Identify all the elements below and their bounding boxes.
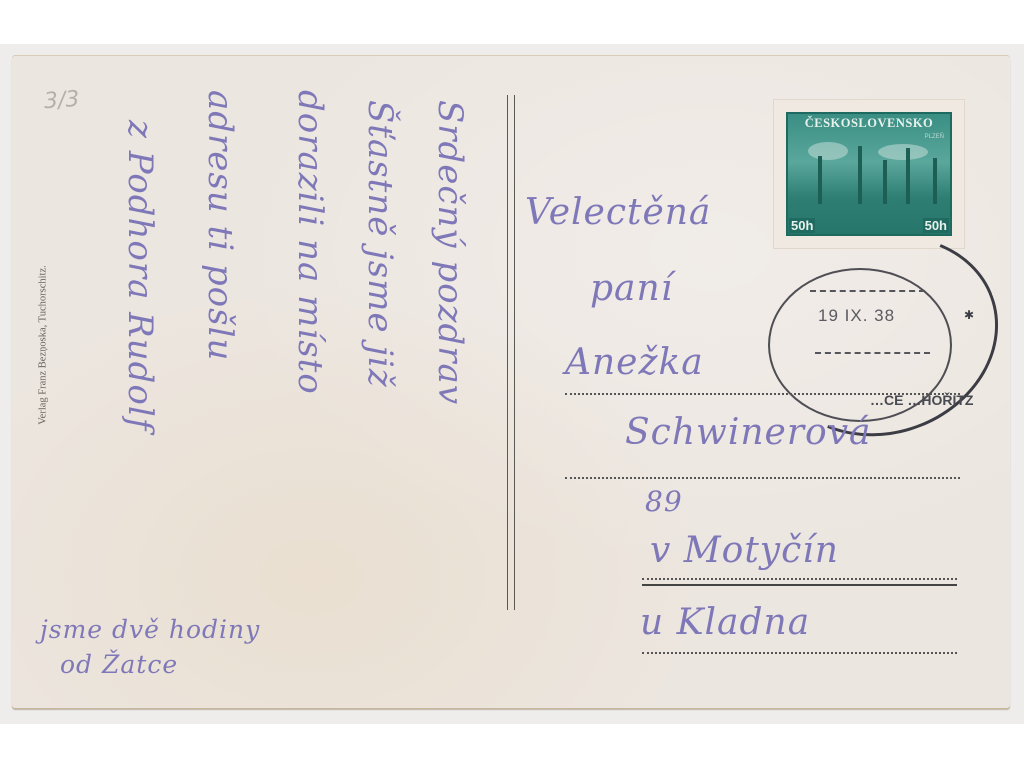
address-line: v Motyčín (650, 530, 839, 571)
message-line: Šťastně jsme již (360, 100, 400, 388)
stamp-value: 50h (789, 218, 815, 233)
address-rule (642, 584, 957, 586)
message-line: dorazili na místo (290, 90, 330, 395)
address-rule (565, 477, 960, 479)
address-line: 89 (645, 485, 683, 518)
address-rule (642, 652, 957, 654)
postage-stamp: ČESKOSLOVENSKO PLZEŇ 50h 50h (774, 100, 964, 248)
address-line: Velectěná (525, 192, 711, 233)
star-icon: ✱ (964, 308, 974, 322)
address-line: u Kladna (640, 602, 810, 643)
address-rule (565, 393, 960, 395)
chimney-icon (906, 148, 910, 204)
message-line: adresu ti pošlu (200, 90, 240, 361)
message-line: z Podhora Rudolf (120, 120, 160, 431)
address-line: Anežka (565, 342, 704, 383)
chimney-icon (883, 160, 887, 204)
message-line: Srdečný pozdrav (430, 100, 470, 405)
postscript-line: jsme dvě hodiny (40, 615, 260, 644)
chimney-icon (818, 156, 822, 204)
publisher-imprint: Verlag Franz Bezņoska, Tuchorschitz. (38, 265, 49, 425)
address-line: paní (590, 268, 673, 309)
stamp-value: 50h (923, 218, 949, 233)
smoke-icon (808, 142, 848, 160)
chimney-icon (933, 158, 937, 204)
postmark-date: 19 IX. 38 (818, 306, 895, 326)
chimney-icon (858, 146, 862, 204)
stamp-image: ČESKOSLOVENSKO PLZEŇ 50h 50h (786, 112, 952, 236)
pencil-note: 3/3 (43, 87, 80, 114)
stamp-designer: PLZEŇ (925, 134, 944, 140)
postscript-line: od Žatce (60, 650, 178, 679)
stamp-country: ČESKOSLOVENSKO (788, 116, 950, 131)
address-rule (642, 578, 957, 580)
postmark-bar (810, 290, 925, 292)
smoke-icon (878, 144, 928, 160)
postmark-bar (815, 352, 930, 354)
center-divider (507, 95, 515, 610)
address-line: Schwinerová (625, 412, 872, 453)
